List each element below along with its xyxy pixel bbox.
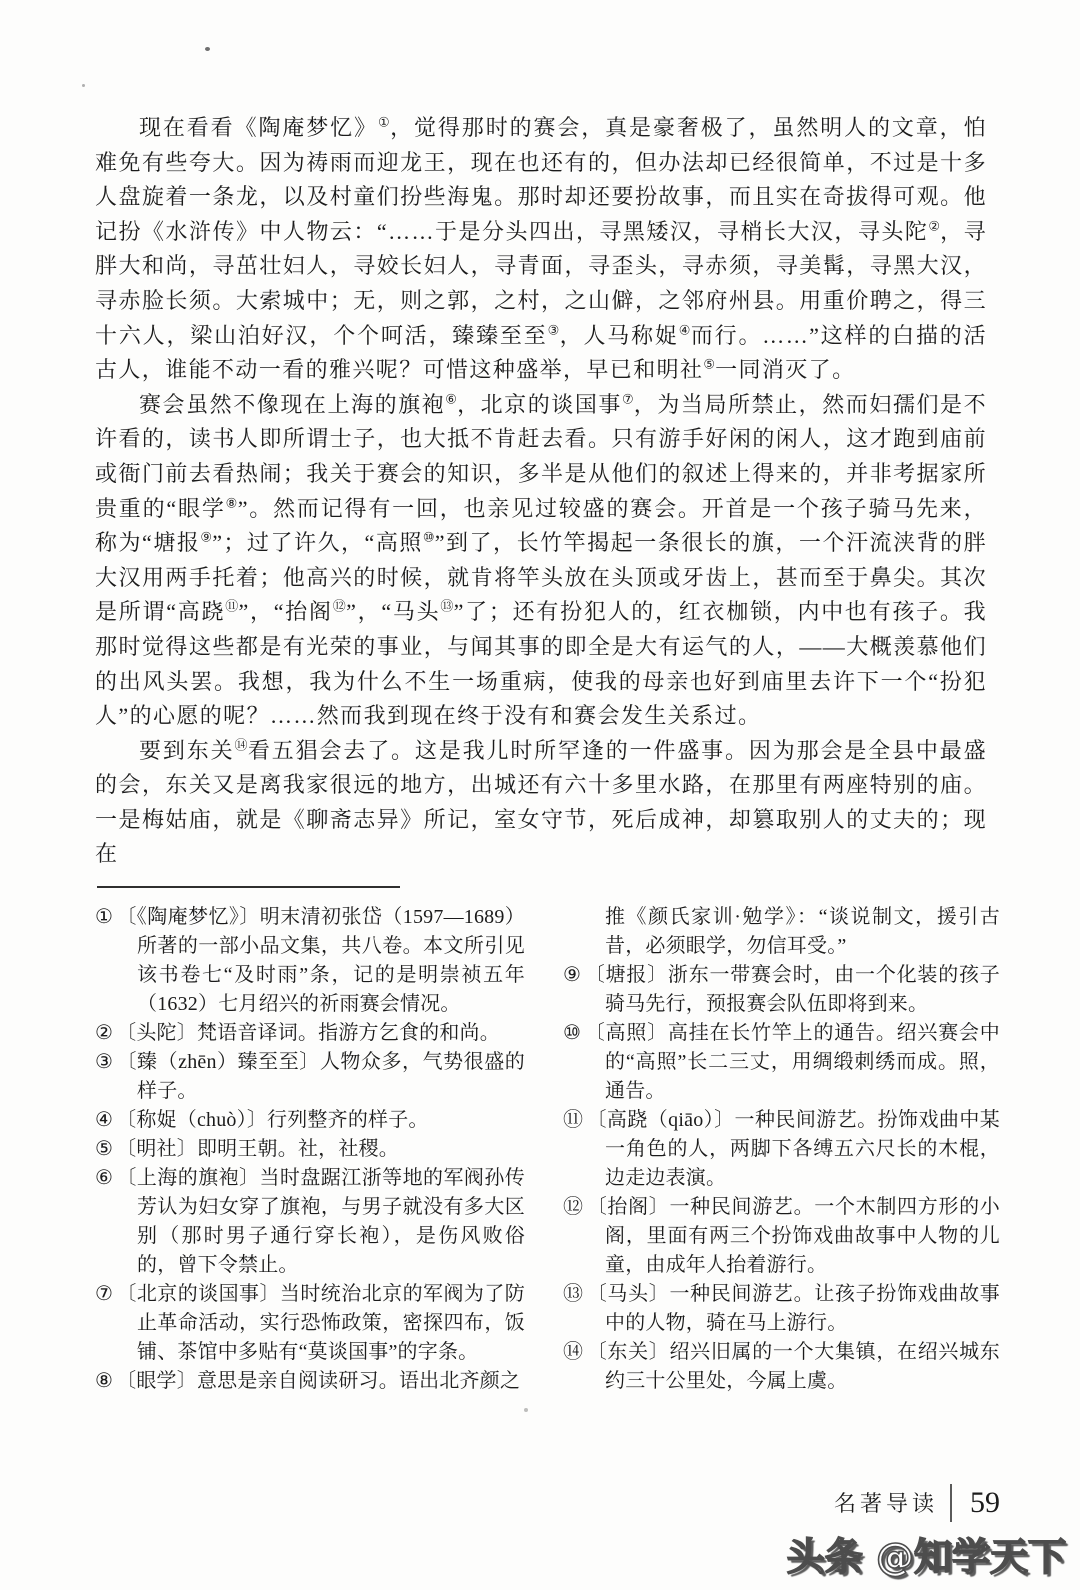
footnote-item-4: ④〔称娖（chuò）〕行列整齐的样子。 — [95, 1106, 525, 1135]
footnote-text: 〔塘报〕浙东一带赛会时，由一个化装的孩子骑马先行，预报赛会队伍即将到来。 — [585, 964, 1000, 1015]
footnote-item-11: ⑪〔高跷（qiāo）〕一种民间游艺。扮饰戏曲中某一角色的人，两脚下各缚五六尺长的… — [563, 1106, 1000, 1193]
footnote-item-7: ⑦〔北京的谈国事〕当时统治北京的军阀为了防止革命活动，实行恐怖政策，密探四布，饭… — [95, 1280, 525, 1367]
footnote-text: 〔北京的谈国事〕当时统治北京的军阀为了防止革命活动，实行恐怖政策，密探四布，饭铺… — [116, 1283, 525, 1363]
section-label: 名著导读 — [834, 1487, 938, 1520]
footnote-text: 〔明社〕即明王朝。社，社稷。 — [116, 1138, 399, 1160]
paragraph-3: 要到东关⑭看五猖会去了。这是我儿时所罕逢的一件盛事。因为那会是全县中最盛的会，东… — [95, 734, 987, 872]
footnote-item-3: ③〔臻（zhēn）臻至至〕人物众多，气势很盛的样子。 — [95, 1048, 525, 1106]
footnote-item-10: ⑩〔高照〕高挂在长竹竿上的通告。绍兴赛会中的“高照”长二三丈，用绸缎刺绣而成。照… — [563, 1019, 1000, 1106]
footnote-item-6: ⑥〔上海的旗袍〕当时盘踞江浙等地的军阀孙传芳认为妇女穿了旗袍，与男子就没有多大区… — [95, 1164, 525, 1280]
footnotes-section: ①〔《陶庵梦忆》〕明末清初张岱（1597—1689）所著的一部小品文集，共八卷。… — [95, 886, 1000, 1396]
footnote-text: 〔头陀〕梵语音译词。指游方乞食的和尚。 — [116, 1022, 500, 1044]
footnotes-right-column: 推《颜氏家训·勉学》：“谈说制文，援引古昔，必须眼学，勿信耳受。” ⑨〔塘报〕浙… — [563, 903, 1000, 1396]
footnote-text: 〔高跷（qiāo）〕一种民间游艺。扮饰戏曲中某一角色的人，两脚下各缚五六尺长的木… — [586, 1109, 1000, 1189]
main-text-block: 现在看看《陶庵梦忆》①，觉得那时的赛会，真是豪奢极了，虽然明人的文章，怕难免有些… — [95, 111, 987, 872]
footnote-text: 推《颜氏家训·勉学》：“谈说制文，援引古昔，必须眼学，勿信耳受。” — [605, 906, 1000, 957]
footnote-item-13: ⑬〔马头〕一种民间游艺。让孩子扮饰戏曲故事中的人物，骑在马上游行。 — [563, 1280, 1000, 1338]
footnotes-left-column: ①〔《陶庵梦忆》〕明末清初张岱（1597—1689）所著的一部小品文集，共八卷。… — [95, 903, 525, 1396]
paragraph-1: 现在看看《陶庵梦忆》①，觉得那时的赛会，真是豪奢极了，虽然明人的文章，怕难免有些… — [95, 111, 987, 388]
footnote-item-1: ①〔《陶庵梦忆》〕明末清初张岱（1597—1689）所著的一部小品文集，共八卷。… — [95, 903, 525, 1019]
footer-divider — [950, 1484, 952, 1522]
footnote-columns: ①〔《陶庵梦忆》〕明末清初张岱（1597—1689）所著的一部小品文集，共八卷。… — [95, 903, 1000, 1396]
footnote-marker: ④ — [95, 1109, 113, 1131]
footnote-marker: ⑩ — [563, 1022, 582, 1044]
footnote-item-8-continuation: 推《颜氏家训·勉学》：“谈说制文，援引古昔，必须眼学，勿信耳受。” — [563, 903, 1000, 961]
footnote-item-2: ②〔头陀〕梵语音译词。指游方乞食的和尚。 — [95, 1019, 525, 1048]
scan-artifact-dot — [205, 47, 210, 51]
footnote-marker: ⑬ — [563, 1283, 584, 1305]
footnote-marker: ⑨ — [563, 964, 582, 986]
footnote-item-12: ⑫〔抬阁〕一种民间游艺。一个木制四方形的小阁，里面有两三个扮饰戏曲故事中人物的儿… — [563, 1193, 1000, 1280]
footnote-item-5: ⑤〔明社〕即明王朝。社，社稷。 — [95, 1135, 525, 1164]
footnote-text: 〔马头〕一种民间游艺。让孩子扮饰戏曲故事中的人物，骑在马上游行。 — [587, 1283, 1000, 1334]
footnote-marker: ⑤ — [95, 1138, 113, 1160]
footnote-marker: ⑪ — [563, 1109, 583, 1131]
footnote-item-8: ⑧〔眼学〕意思是亲自阅读研习。语出北齐颜之 — [95, 1367, 525, 1396]
footnote-text: 〔臻（zhēn）臻至至〕人物众多，气势很盛的样子。 — [116, 1051, 525, 1102]
scan-artifact-dot — [524, 1408, 528, 1412]
footnote-marker: ⑧ — [95, 1370, 113, 1392]
footnote-text: 〔《陶庵梦忆》〕明末清初张岱（1597—1689）所著的一部小品文集，共八卷。本… — [116, 906, 525, 1015]
footnote-text: 〔高照〕高挂在长竹竿上的通告。绍兴赛会中的“高照”长二三丈，用绸缎刺绣而成。照，… — [585, 1022, 1000, 1102]
footnote-marker: ① — [95, 906, 113, 928]
footnote-text: 〔上海的旗袍〕当时盘踞江浙等地的军阀孙传芳认为妇女穿了旗袍，与男子就没有多大区别… — [116, 1167, 525, 1276]
footnote-marker: ⑦ — [95, 1283, 113, 1305]
footnote-item-9: ⑨〔塘报〕浙东一带赛会时，由一个化装的孩子骑马先行，预报赛会队伍即将到来。 — [563, 961, 1000, 1019]
footnote-marker: ⑫ — [563, 1196, 584, 1218]
paragraph-2: 赛会虽然不像现在上海的旗袍⑥，北京的谈国事⑦，为当局所禁止，然而妇孺们是不许看的… — [95, 388, 987, 734]
footnote-marker: ③ — [95, 1051, 113, 1073]
watermark: 头条 @知学天下 — [787, 1526, 1066, 1581]
footnote-text: 〔东关〕绍兴旧属的一个大集镇，在绍兴城东约三十公里处，今属上虞。 — [587, 1341, 1000, 1392]
footnote-marker: ⑭ — [563, 1341, 584, 1363]
textbook-page: 现在看看《陶庵梦忆》①，觉得那时的赛会，真是豪奢极了，虽然明人的文章，怕难免有些… — [0, 0, 1080, 1590]
footnote-divider-rule — [97, 886, 400, 888]
footnote-marker: ⑥ — [95, 1167, 113, 1189]
footnote-text: 〔抬阁〕一种民间游艺。一个木制四方形的小阁，里面有两三个扮饰戏曲故事中人物的儿童… — [587, 1196, 1000, 1276]
footnote-item-14: ⑭〔东关〕绍兴旧属的一个大集镇，在绍兴城东约三十公里处，今属上虞。 — [563, 1338, 1000, 1396]
footnote-text: 〔眼学〕意思是亲自阅读研习。语出北齐颜之 — [116, 1370, 520, 1392]
footnote-marker: ② — [95, 1022, 113, 1044]
footnote-text: 〔称娖（chuò）〕行列整齐的样子。 — [116, 1109, 428, 1131]
page-footer: 名著导读 59 — [834, 1484, 1000, 1522]
page-number: 59 — [970, 1486, 1000, 1520]
scan-artifact-dot — [82, 84, 85, 87]
